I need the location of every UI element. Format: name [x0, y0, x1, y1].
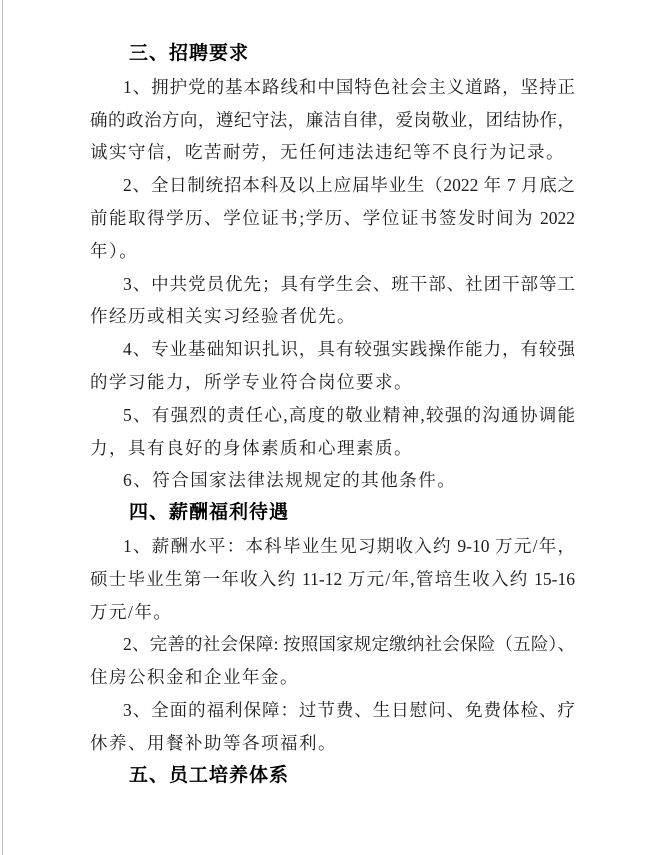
paragraph-line: 万元/年。 [90, 596, 575, 629]
paragraph-line: 6、符合国家法律法规规定的其他条件。 [90, 464, 575, 497]
paragraph-line: 3、中共党员优先；具有学生会、班干部、社团干部等工 [90, 268, 575, 301]
paragraph-line: 的学习能力，所学专业符合岗位要求。 [90, 366, 575, 399]
paragraph-line: 硕士毕业生第一年收入约 11-12 万元/年,管培生收入约 15-16 [90, 563, 575, 596]
paragraph-line: 1、拥护党的基本路线和中国特色社会主义道路，坚持正 [90, 71, 575, 104]
document-page: 三、招聘要求1、拥护党的基本路线和中国特色社会主义道路，坚持正确的政治方向，遵纪… [0, 0, 648, 855]
paragraph-line: 前能取得学历、学位证书;学历、学位证书签发时间为 2022 [90, 202, 575, 235]
paragraph-line: 2、完善的社会保障: 按照国家规定缴纳社会保险（五险）、 [90, 628, 575, 661]
paragraph-line: 2、全日制统招本科及以上应届毕业生（2022 年 7 月底之 [90, 169, 575, 202]
paragraph-line: 1、薪酬水平：本科毕业生见习期收入约 9-10 万元/年， [90, 530, 575, 563]
paragraph-line: 确的政治方向，遵纪守法，廉洁自律，爱岗敬业，团结协作， [90, 104, 575, 137]
page-left-edge-line [2, 0, 3, 855]
paragraph-line: 力，具有良好的身体素质和心理素质。 [90, 432, 575, 465]
paragraph-line: 诚实守信，吃苦耐劳，无任何违法违纪等不良行为记录。 [90, 136, 575, 169]
document-content: 三、招聘要求1、拥护党的基本路线和中国特色社会主义道路，坚持正确的政治方向，遵纪… [90, 38, 575, 792]
paragraph-line: 住房公积金和企业年金。 [90, 661, 575, 694]
section-heading: 四、薪酬福利待遇 [90, 497, 575, 530]
section-heading: 五、员工培养体系 [90, 760, 575, 793]
section-heading: 三、招聘要求 [90, 38, 575, 71]
paragraph-line: 作经历或相关实习经验者优先。 [90, 300, 575, 333]
paragraph-line: 4、专业基础知识扎识，具有较强实践操作能力，有较强 [90, 333, 575, 366]
paragraph-line: 5、有强烈的责任心,高度的敬业精神,较强的沟通协调能 [90, 399, 575, 432]
paragraph-line: 休养、用餐补助等各项福利。 [90, 727, 575, 760]
paragraph-line: 3、全面的福利保障：过节费、生日慰问、免费体检、疗 [90, 694, 575, 727]
paragraph-line: 年）。 [90, 235, 575, 268]
